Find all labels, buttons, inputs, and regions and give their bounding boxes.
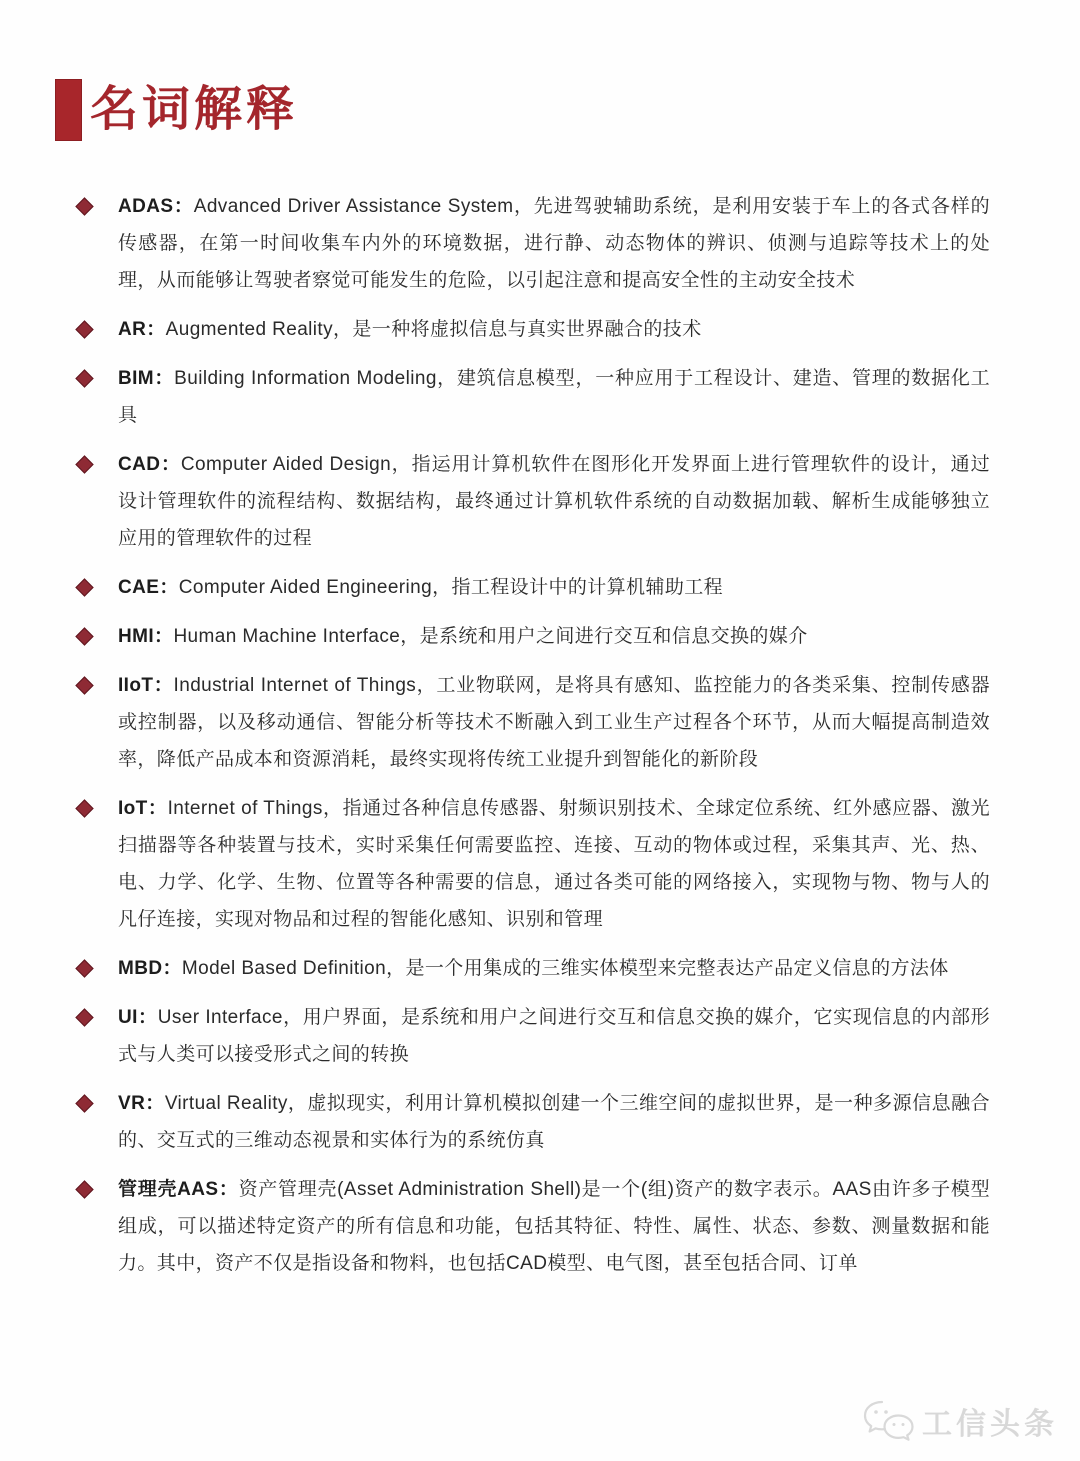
glossary-item: CAD：Computer Aided Design，指运用计算机软件在图形化开发… [78, 446, 990, 557]
glossary-item: VR：Virtual Reality，虚拟现实，利用计算机模拟创建一个三维空间的… [78, 1085, 990, 1159]
diamond-bullet-icon [75, 959, 93, 977]
glossary-definition: Industrial Internet of Things，工业物联网，是将具有… [118, 675, 990, 770]
glossary-term: 管理壳AAS [118, 1179, 219, 1200]
term-separator: ： [173, 196, 193, 217]
glossary-definition: Virtual Reality，虚拟现实，利用计算机模拟创建一个三维空间的虚拟世… [118, 1093, 990, 1151]
term-separator: ： [153, 675, 173, 696]
glossary-term: VR [118, 1093, 145, 1114]
glossary-text: HMI：Human Machine Interface，是系统和用户之间进行交互… [118, 618, 990, 655]
term-separator: ： [148, 798, 168, 819]
document-page: 名词解释 ADAS：Advanced Driver Assistance Sys… [0, 0, 1080, 1461]
glossary-text: CAD：Computer Aided Design，指运用计算机软件在图形化开发… [118, 446, 990, 557]
diamond-bullet-icon [75, 455, 93, 473]
glossary-text: IoT：Internet of Things，指通过各种信息传感器、射频识别技术… [118, 790, 990, 938]
term-separator: ： [219, 1179, 239, 1200]
glossary-term: IoT [118, 798, 148, 819]
glossary-definition: Building Information Modeling，建筑信息模型，一种应… [118, 368, 990, 426]
section-header: 名词解释 [55, 78, 1080, 142]
glossary-definition: Computer Aided Design，指运用计算机软件在图形化开发界面上进… [118, 454, 990, 549]
glossary-term: IIoT [118, 675, 153, 696]
term-separator: ： [138, 1007, 158, 1028]
glossary-item: ADAS：Advanced Driver Assistance System，先… [78, 188, 990, 299]
diamond-bullet-icon [75, 1008, 93, 1026]
glossary-item: MBD：Model Based Definition，是一个用集成的三维实体模型… [78, 950, 990, 987]
wechat-icon [862, 1399, 916, 1443]
diamond-bullet-icon [75, 197, 93, 215]
glossary-item: BIM：Building Information Modeling，建筑信息模型… [78, 360, 990, 434]
glossary-item: AR：Augmented Reality，是一种将虚拟信息与真实世界融合的技术 [78, 311, 990, 348]
term-separator: ： [146, 319, 165, 340]
glossary-definition: 资产管理壳(Asset Administration Shell)是一个(组)资… [118, 1179, 990, 1274]
term-separator: ： [162, 958, 181, 979]
glossary-item: UI：User Interface，用户界面，是系统和用户之间进行交互和信息交换… [78, 999, 990, 1073]
glossary-definition: Computer Aided Engineering，指工程设计中的计算机辅助工… [179, 577, 723, 598]
glossary-item: CAE：Computer Aided Engineering，指工程设计中的计算… [78, 569, 990, 606]
glossary-text: VR：Virtual Reality，虚拟现实，利用计算机模拟创建一个三维空间的… [118, 1085, 990, 1159]
diamond-bullet-icon [75, 369, 93, 387]
term-separator: ： [154, 368, 174, 389]
glossary-term: HMI [118, 626, 154, 647]
diamond-bullet-icon [75, 320, 93, 338]
term-separator: ： [160, 454, 181, 475]
glossary-definition: Augmented Reality，是一种将虚拟信息与真实世界融合的技术 [166, 319, 702, 340]
page-title: 名词解释 [90, 79, 298, 141]
diamond-bullet-icon [75, 1180, 93, 1198]
glossary-term: BIM [118, 368, 154, 389]
glossary-definition: Advanced Driver Assistance System，先进驾驶辅助… [118, 196, 990, 291]
glossary-term: UI [118, 1007, 138, 1028]
glossary-text: ADAS：Advanced Driver Assistance System，先… [118, 188, 990, 299]
glossary-text: MBD：Model Based Definition，是一个用集成的三维实体模型… [118, 950, 990, 987]
term-separator: ： [145, 1093, 165, 1114]
watermark: 工信头条 [862, 1399, 1058, 1443]
glossary-text: CAE：Computer Aided Engineering，指工程设计中的计算… [118, 569, 990, 606]
glossary-term: ADAS [118, 196, 173, 217]
diamond-bullet-icon [75, 627, 93, 645]
diamond-bullet-icon [75, 578, 93, 596]
term-separator: ： [159, 577, 178, 598]
diamond-bullet-icon [75, 1094, 93, 1112]
watermark-text: 工信头条 [922, 1399, 1058, 1443]
glossary-text: 管理壳AAS：资产管理壳(Asset Administration Shell)… [118, 1171, 990, 1282]
glossary-text: UI：User Interface，用户界面，是系统和用户之间进行交互和信息交换… [118, 999, 990, 1073]
glossary-item: HMI：Human Machine Interface，是系统和用户之间进行交互… [78, 618, 990, 655]
glossary-text: BIM：Building Information Modeling，建筑信息模型… [118, 360, 990, 434]
glossary-definition: Internet of Things，指通过各种信息传感器、射频识别技术、全球定… [118, 798, 990, 930]
glossary-definition: User Interface，用户界面，是系统和用户之间进行交互和信息交换的媒介… [118, 1007, 990, 1065]
term-separator: ： [154, 626, 173, 647]
glossary-definition: Model Based Definition，是一个用集成的三维实体模型来完整表… [182, 958, 949, 979]
glossary-item: IoT：Internet of Things，指通过各种信息传感器、射频识别技术… [78, 790, 990, 938]
glossary-list: ADAS：Advanced Driver Assistance System，先… [78, 188, 990, 1282]
glossary-item: IIoT：Industrial Internet of Things，工业物联网… [78, 667, 990, 778]
glossary-term: CAE [118, 577, 159, 598]
glossary-term: AR [118, 319, 146, 340]
glossary-definition: Human Machine Interface，是系统和用户之间进行交互和信息交… [173, 626, 807, 647]
glossary-term: MBD [118, 958, 162, 979]
diamond-bullet-icon [75, 799, 93, 817]
glossary-item: 管理壳AAS：资产管理壳(Asset Administration Shell)… [78, 1171, 990, 1282]
diamond-bullet-icon [75, 676, 93, 694]
title-accent-bar [55, 79, 82, 141]
glossary-term: CAD [118, 454, 160, 475]
glossary-text: IIoT：Industrial Internet of Things，工业物联网… [118, 667, 990, 778]
glossary-text: AR：Augmented Reality，是一种将虚拟信息与真实世界融合的技术 [118, 311, 990, 348]
